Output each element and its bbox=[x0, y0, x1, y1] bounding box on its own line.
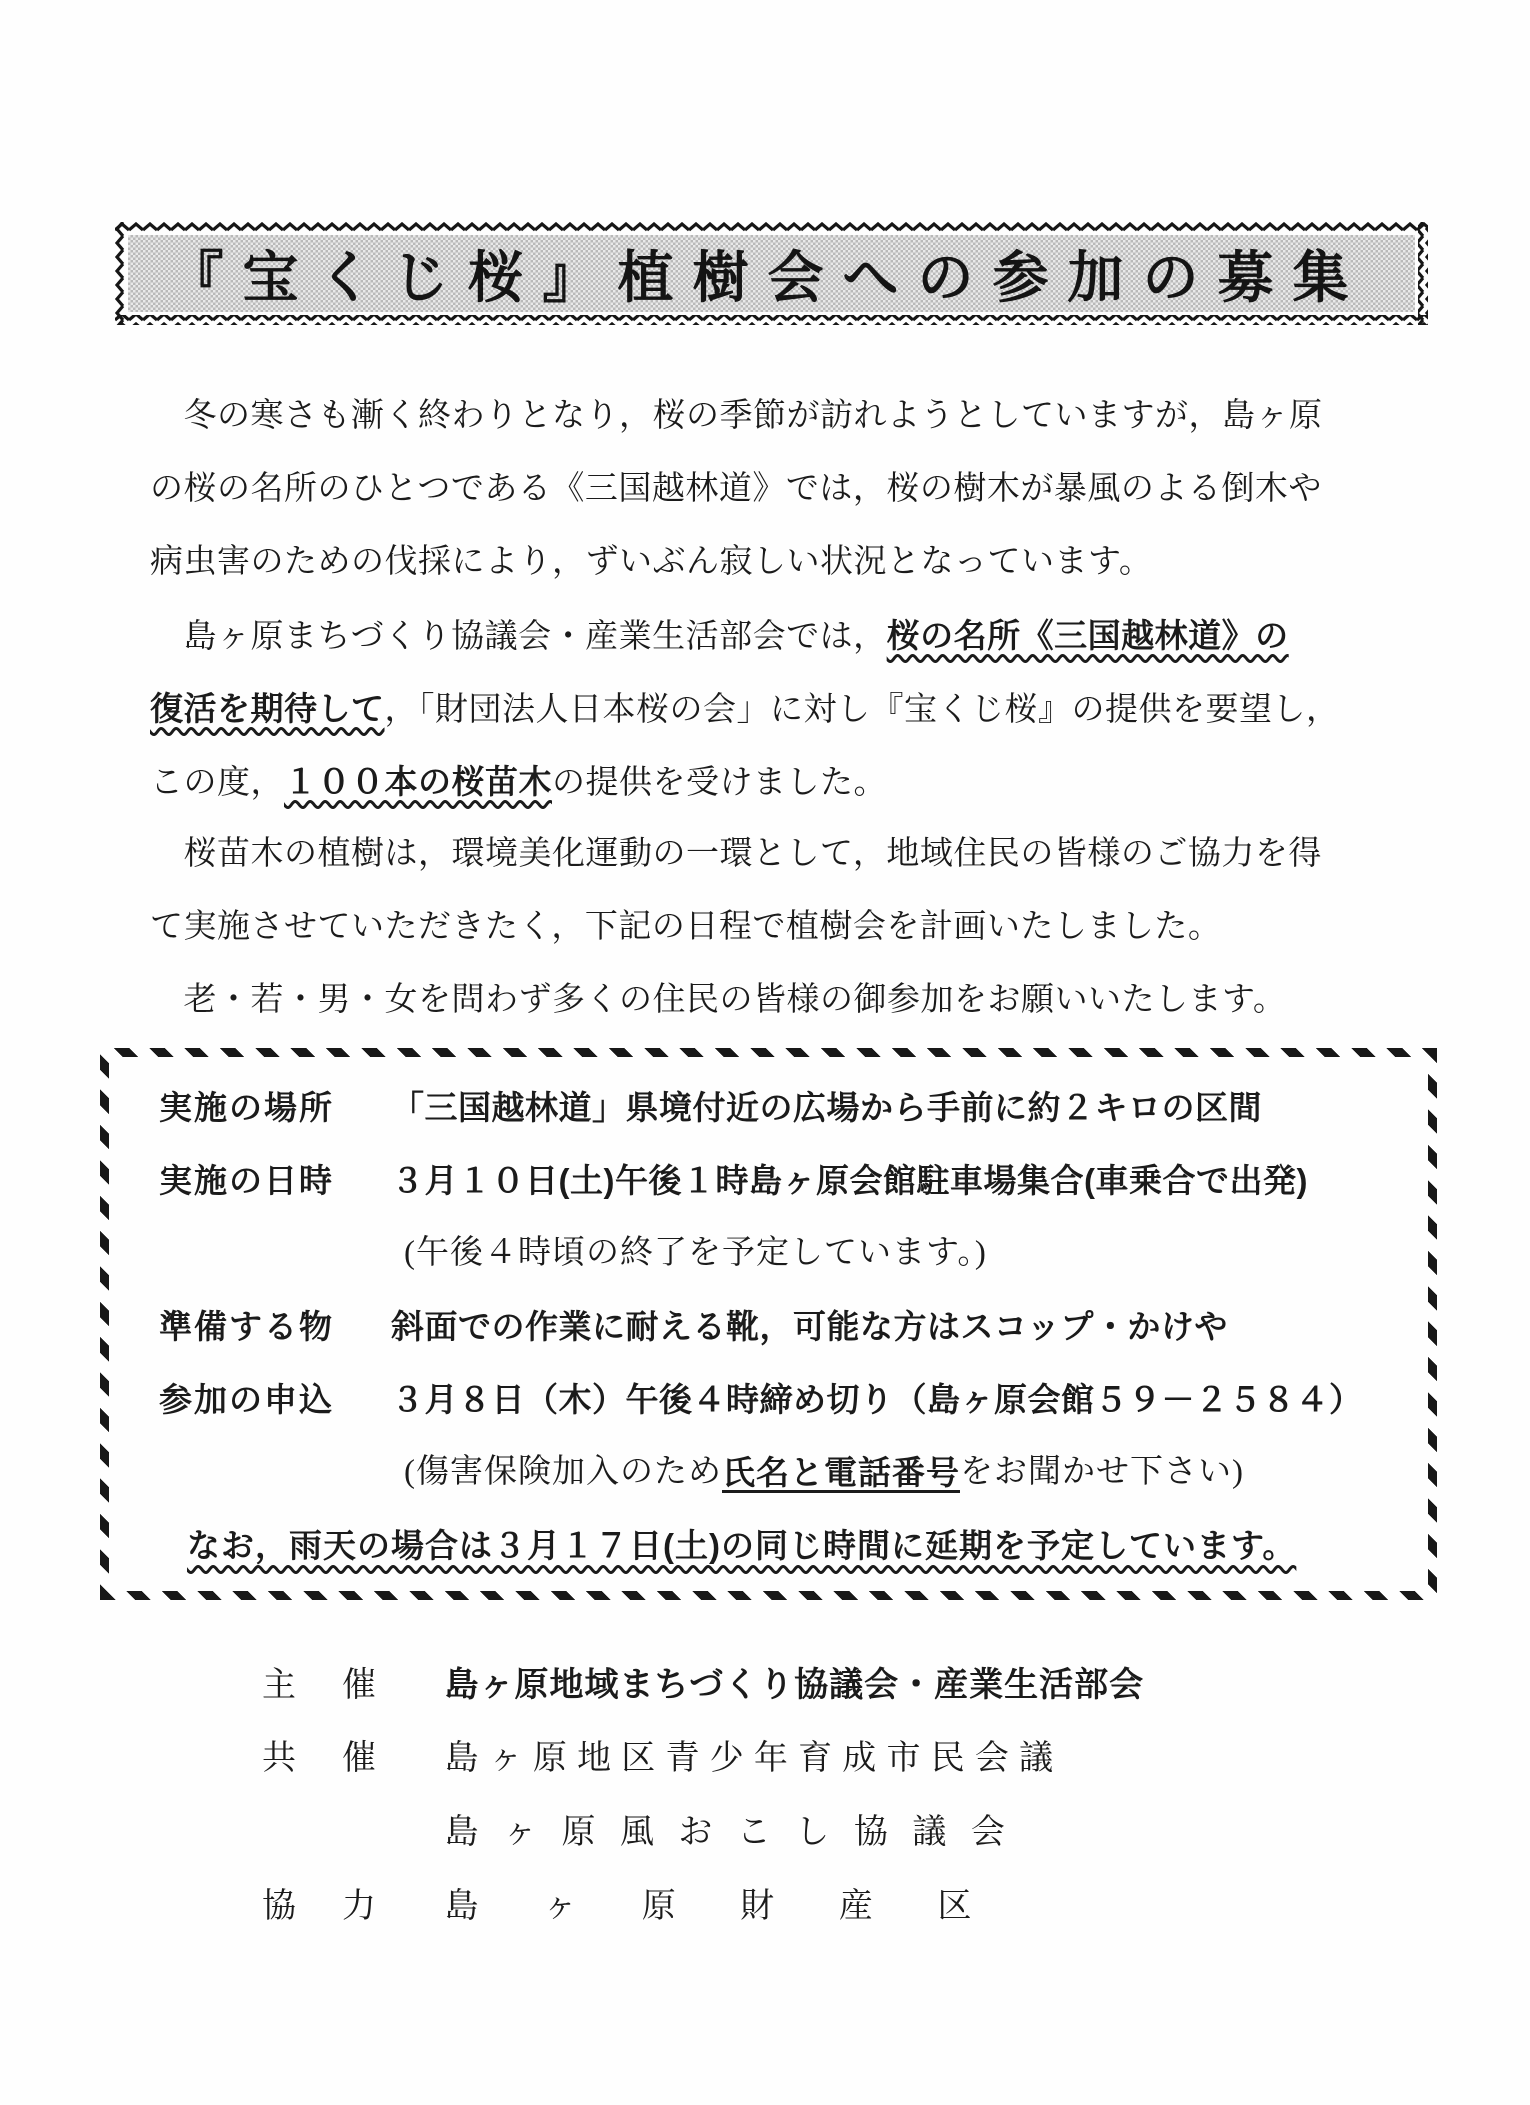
title-background: 『宝くじ桜』植樹会への参加の募集 bbox=[128, 235, 1415, 312]
credit-row-cooperation: 協 力 島ヶ原財産区 bbox=[262, 1870, 1144, 1944]
info-label: 参加の申込 bbox=[159, 1363, 355, 1436]
body-segment: の提供を受けました。 bbox=[552, 765, 887, 801]
credit-label: 共 催 bbox=[262, 1722, 436, 1796]
info-row-endtime: (午後４時頃の終了を予定しています。) bbox=[159, 1217, 1418, 1290]
credit-name: 島ヶ原地域まちづくり協議会・産業生活部会 bbox=[445, 1666, 1145, 1704]
body-line: て実施させていただきたく，下記の日程で植樹会を計画いたしました。 bbox=[150, 891, 1440, 964]
credit-row-coorganizer: 共 催 島ヶ原地区青少年育成市民会議 bbox=[262, 1722, 1144, 1796]
info-segment: (傷害保険加入のため bbox=[404, 1436, 722, 1509]
emphasized-segment: １００本の桜苗木 bbox=[284, 763, 552, 800]
credits: 主 催 島ヶ原地域まちづくり協議会・産業生活部会 共 催 島ヶ原地区青少年育成市… bbox=[262, 1648, 1144, 1944]
page-title: 『宝くじ桜』植樹会への参加の募集 bbox=[176, 234, 1368, 314]
info-value: 「三国越林道」県境付近の広場から手前に約２キロの区間 bbox=[391, 1071, 1262, 1144]
info-row-equipment: 準備する物 斜面での作業に耐える靴，可能な方はスコップ・かけや bbox=[159, 1290, 1418, 1363]
body-text: 冬の寒さも漸く終わりとなり，桜の季節が訪れようとしていますが，島ヶ原 の桜の名所… bbox=[150, 380, 1440, 1037]
body-line: の桜の名所のひとつである《三国越林道》では，桜の樹木が暴風のよる倒木や bbox=[150, 453, 1440, 526]
title-banner: 『宝くじ桜』植樹会への参加の募集 bbox=[115, 222, 1428, 325]
credit-row-organizer: 主 催 島ヶ原地域まちづくり協議会・産業生活部会 bbox=[262, 1648, 1144, 1722]
credit-name: 島ヶ原財産区 bbox=[445, 1888, 1037, 1925]
credit-name: 島ヶ原地区青少年育成市民会議 bbox=[445, 1740, 1064, 1777]
flyer-page: 『宝くじ桜』植樹会への参加の募集 冬の寒さも漸く終わりとなり，桜の季節が訪れよう… bbox=[0, 0, 1530, 2105]
emphasized-segment: 復活を期待して bbox=[150, 690, 385, 727]
info-label: 実施の日時 bbox=[159, 1144, 355, 1217]
body-segment: ，「財団法人日本桜の会」に対し『宝くじ桜』の提供を要望し， bbox=[385, 692, 1340, 728]
info-value: ３月１０日(土)午後１時島ヶ原会館駐車場集合(車乗合で出発) bbox=[391, 1144, 1308, 1217]
info-row-application: 参加の申込 ３月８日（木）午後４時締め切り（島ヶ原会館５９－２５８４） bbox=[159, 1363, 1418, 1436]
info-label: 実施の場所 bbox=[159, 1071, 355, 1144]
info-row-datetime: 実施の日時 ３月１０日(土)午後１時島ヶ原会館駐車場集合(車乗合で出発) bbox=[159, 1144, 1418, 1217]
emphasized-segment: 桜の名所《三国越林道》の bbox=[887, 617, 1289, 654]
underlined-segment: 氏名と電話番号 bbox=[722, 1436, 960, 1509]
info-value: ３月８日（木）午後４時締め切り（島ヶ原会館５９－２５８４） bbox=[391, 1363, 1363, 1436]
info-label: 準備する物 bbox=[159, 1290, 355, 1363]
body-line: 島ヶ原まちづくり協議会・産業生活部会では，桜の名所《三国越林道》の bbox=[150, 599, 1440, 672]
info-value: 斜面での作業に耐える靴，可能な方はスコップ・かけや bbox=[391, 1290, 1228, 1363]
body-segment: 島ヶ原まちづくり協議会・産業生活部会では， bbox=[150, 619, 887, 655]
body-line: この度，１００本の桜苗木の提供を受けました。 bbox=[150, 745, 1440, 818]
info-row-insurance: (傷害保険加入のため氏名と電話番号をお聞かせ下さい) bbox=[159, 1436, 1418, 1509]
body-line: 復活を期待して，「財団法人日本桜の会」に対し『宝くじ桜』の提供を要望し， bbox=[150, 672, 1440, 745]
body-line: 桜苗木の植樹は，環境美化運動の一環として，地域住民の皆様のご協力を得 bbox=[150, 818, 1440, 891]
credit-row-coorganizer2: 島ヶ原風おこし協議会 bbox=[262, 1796, 1144, 1870]
credit-name: 島ヶ原風おこし協議会 bbox=[445, 1814, 1030, 1851]
credit-label: 協 力 bbox=[262, 1870, 436, 1944]
rain-note: なお，雨天の場合は３月１７日(土)の同じ時間に延期を予定しています。 bbox=[187, 1509, 1296, 1582]
event-info-box: 実施の場所 「三国越林道」県境付近の広場から手前に約２キロの区間 実施の日時 ３… bbox=[100, 1048, 1437, 1600]
info-segment: をお聞かせ下さい) bbox=[960, 1436, 1244, 1509]
info-row-place: 実施の場所 「三国越林道」県境付近の広場から手前に約２キロの区間 bbox=[159, 1071, 1418, 1144]
credit-label: 主 催 bbox=[262, 1649, 436, 1723]
body-line: 病虫害のための伐採により，ずいぶん寂しい状況となっています。 bbox=[150, 526, 1440, 599]
body-line: 老・若・男・女を問わず多くの住民の皆様の御参加をお願いいたします。 bbox=[150, 964, 1440, 1037]
info-row-rain-note: なお，雨天の場合は３月１７日(土)の同じ時間に延期を予定しています。 bbox=[159, 1509, 1418, 1582]
body-segment: この度， bbox=[150, 765, 284, 801]
body-line: 冬の寒さも漸く終わりとなり，桜の季節が訪れようとしていますが，島ヶ原 bbox=[150, 380, 1440, 453]
